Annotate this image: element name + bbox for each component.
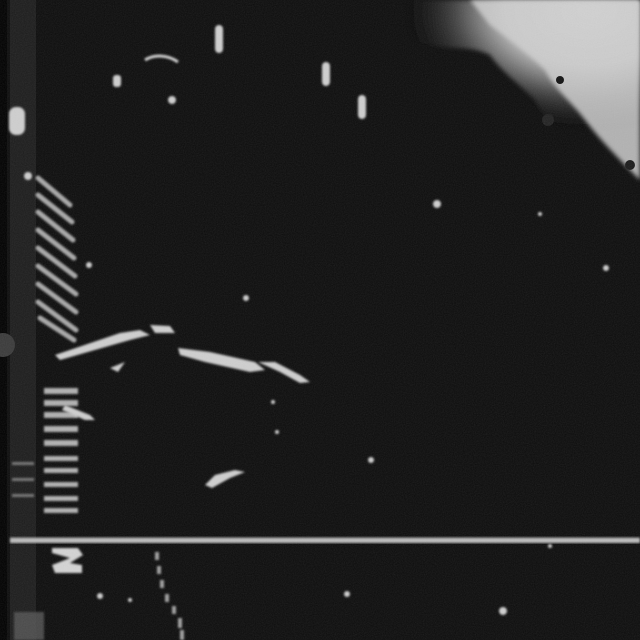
film-grain: [0, 0, 640, 640]
photo-frame: [0, 0, 640, 640]
photo-scene: [0, 0, 640, 640]
